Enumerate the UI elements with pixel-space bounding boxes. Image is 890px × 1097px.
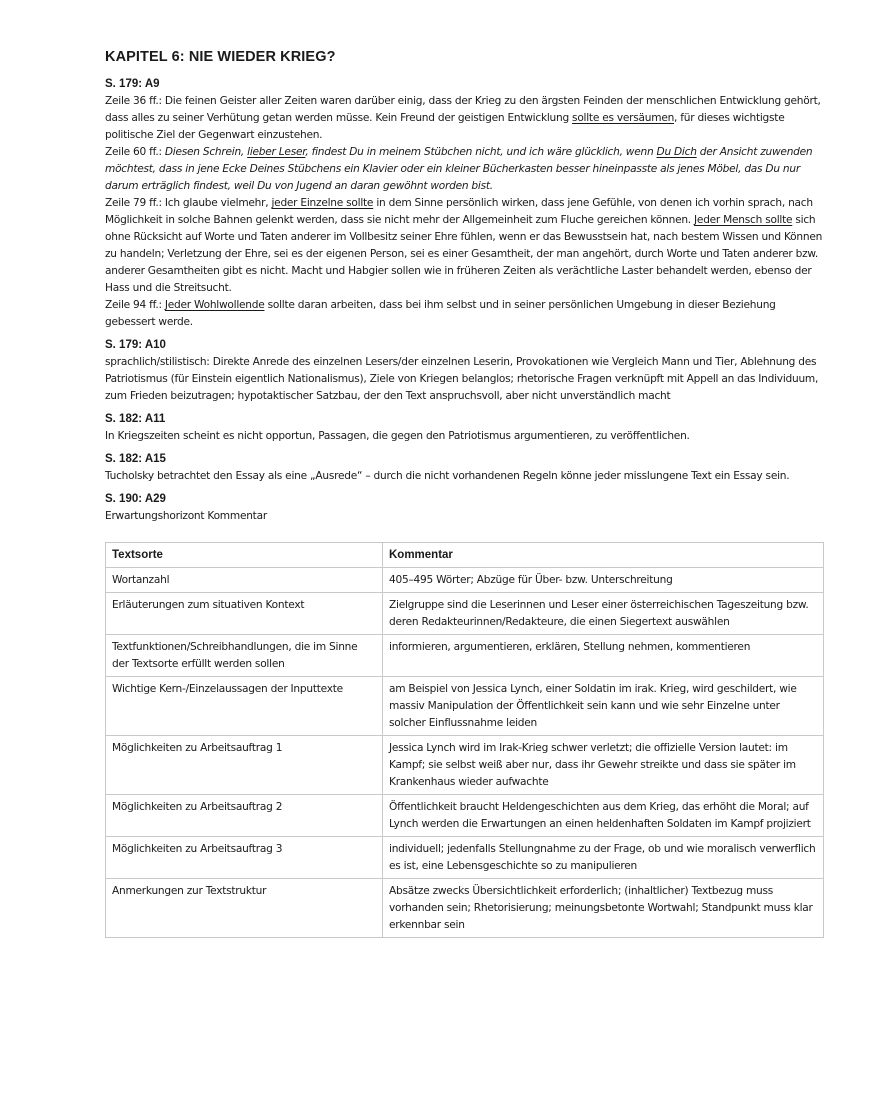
line-reference: Zeile 36 ff.: [105, 95, 165, 107]
table-row: Anmerkungen zur Textstruktur Absätze zwe… [106, 879, 824, 938]
column-header-textsorte: Textsorte [106, 543, 383, 568]
section-heading: S. 190: A29 [105, 491, 825, 508]
row-comment: 405–495 Wörter; Abzüge für Über- bzw. Un… [383, 568, 824, 593]
row-comment: Zielgruppe sind die Leserinnen und Leser… [383, 593, 824, 635]
row-comment: Jessica Lynch wird im Irak-Krieg schwer … [383, 736, 824, 795]
row-comment: am Beispiel von Jessica Lynch, einer Sol… [383, 677, 824, 736]
line-reference: Zeile 60 ff.: [105, 146, 165, 158]
underlined-phrase: Jeder Wohlwollende [165, 299, 265, 311]
column-header-kommentar: Kommentar [383, 543, 824, 568]
underlined-phrase: jeder Einzelne sollte [271, 197, 373, 209]
section-text: Tucholsky betrachtet den Essay als eine … [105, 468, 825, 485]
underlined-phrase: lieber Leser [247, 146, 305, 158]
section-heading: S. 179: A10 [105, 337, 825, 354]
row-comment: individuell; jedenfalls Stellungnahme zu… [383, 837, 824, 879]
section-heading: S. 179: A9 [105, 76, 825, 93]
section-a15: S. 182: A15 Tucholsky betrachtet den Ess… [105, 451, 825, 485]
line-reference: Zeile 94 ff.: [105, 299, 165, 311]
table-row: Erläuterungen zum situativen Kontext Zie… [106, 593, 824, 635]
table-row: Möglichkeiten zu Arbeitsauftrag 3 indivi… [106, 837, 824, 879]
row-label: Anmerkungen zur Textstruktur [106, 879, 383, 938]
quote-text: sich ohne Rücksicht auf Worte und Taten … [105, 214, 822, 294]
section-heading: S. 182: A15 [105, 451, 825, 468]
expectations-table: Textsorte Kommentar Wortanzahl 405–495 W… [105, 542, 824, 938]
underlined-phrase: Du Dich [657, 146, 697, 158]
chapter-title: KAPITEL 6: NIE WIEDER KRIEG? [105, 47, 825, 67]
table-row: Möglichkeiten zu Arbeitsauftrag 1 Jessic… [106, 736, 824, 795]
row-label: Wichtige Kern-/Einzelaussagen der Inputt… [106, 677, 383, 736]
row-comment: informieren, argumentieren, erklären, St… [383, 635, 824, 677]
quote-line-94: Zeile 94 ff.: Jeder Wohlwollende sollte … [105, 297, 825, 331]
section-a29: S. 190: A29 Erwartungshorizont Kommentar [105, 491, 825, 525]
section-a10: S. 179: A10 sprachlich/stilistisch: Dire… [105, 337, 825, 405]
row-label: Möglichkeiten zu Arbeitsauftrag 2 [106, 795, 383, 837]
line-reference: Zeile 79 ff.: [105, 197, 165, 209]
underlined-phrase: sollte es versäumen [572, 112, 674, 124]
row-comment: Öffentlichkeit braucht Heldengeschichten… [383, 795, 824, 837]
quote-text: Diesen Schrein, [165, 146, 247, 158]
quote-text: Ich glaube vielmehr, [165, 197, 272, 209]
table-row: Wortanzahl 405–495 Wörter; Abzüge für Üb… [106, 568, 824, 593]
section-heading: S. 182: A11 [105, 411, 825, 428]
row-label: Möglichkeiten zu Arbeitsauftrag 3 [106, 837, 383, 879]
table-header-row: Textsorte Kommentar [106, 543, 824, 568]
section-text: In Kriegszeiten scheint es nicht opportu… [105, 428, 825, 445]
quote-line-79: Zeile 79 ff.: Ich glaube vielmehr, jeder… [105, 195, 825, 297]
document-page: KAPITEL 6: NIE WIEDER KRIEG? S. 179: A9 … [105, 47, 825, 938]
row-comment: Absätze zwecks Übersichtlichkeit erforde… [383, 879, 824, 938]
section-a9: S. 179: A9 Zeile 36 ff.: Die feinen Geis… [105, 76, 825, 331]
underlined-phrase: Jeder Mensch sollte [694, 214, 792, 226]
row-label: Möglichkeiten zu Arbeitsauftrag 1 [106, 736, 383, 795]
table-row: Möglichkeiten zu Arbeitsauftrag 2 Öffent… [106, 795, 824, 837]
quote-text: , findest Du in meinem Stübchen nicht, u… [305, 146, 656, 158]
table-row: Wichtige Kern-/Einzelaussagen der Inputt… [106, 677, 824, 736]
row-label: Textfunktionen/Schreibhandlungen, die im… [106, 635, 383, 677]
table-row: Textfunktionen/Schreibhandlungen, die im… [106, 635, 824, 677]
quote-line-60: Zeile 60 ff.: Diesen Schrein, lieber Les… [105, 144, 825, 195]
section-text: Erwartungshorizont Kommentar [105, 508, 825, 525]
row-label: Erläuterungen zum situativen Kontext [106, 593, 383, 635]
row-label: Wortanzahl [106, 568, 383, 593]
quote-line-36: Zeile 36 ff.: Die feinen Geister aller Z… [105, 93, 825, 144]
section-text: sprachlich/stilistisch: Direkte Anrede d… [105, 354, 825, 405]
section-a11: S. 182: A11 In Kriegszeiten scheint es n… [105, 411, 825, 445]
